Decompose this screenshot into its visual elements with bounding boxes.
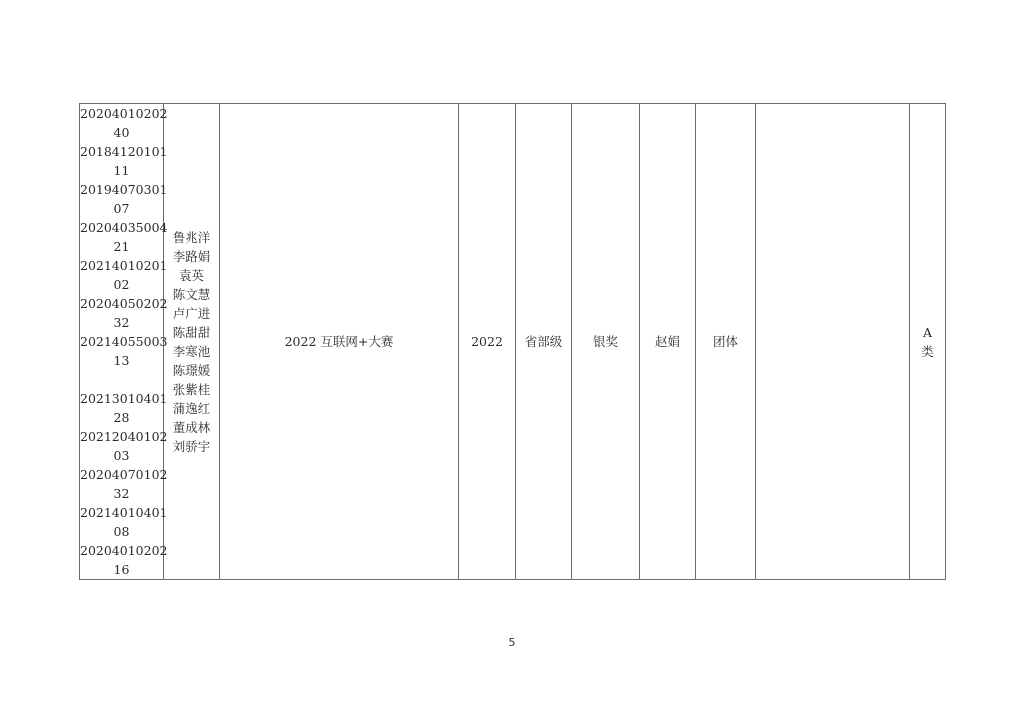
student-id-line: 16 xyxy=(80,560,163,579)
student-id-cell: 20204010202 40 20184120101 11 2019407030… xyxy=(80,104,164,580)
award-table: 20204010202 40 20184120101 11 2019407030… xyxy=(79,103,946,580)
member-name: 董成林 xyxy=(164,418,219,437)
student-id-line: 20204010202 xyxy=(80,104,163,123)
student-id-line: 13 xyxy=(80,351,163,370)
student-id-line: 07 xyxy=(80,199,163,218)
remarks-cell xyxy=(756,104,910,580)
member-name: 陈文慧 xyxy=(164,285,219,304)
member-name: 张紫桂 xyxy=(164,380,219,399)
member-name: 陈璟媛 xyxy=(164,361,219,380)
members-cell: 鲁兆洋 李路娟 袁英 陈文慧 卢广进 陈甜甜 李寒池 陈璟媛 张紫桂 蒲逸红 董… xyxy=(164,104,220,580)
member-name: 刘骄宇 xyxy=(164,437,219,456)
advisor-cell: 赵娟 xyxy=(640,104,696,580)
member-name: 袁英 xyxy=(164,266,219,285)
student-id-line: 20214010201 xyxy=(80,256,163,275)
student-id-line: 20194070301 xyxy=(80,180,163,199)
student-id-line: 20214010401 xyxy=(80,503,163,522)
page-number: 5 xyxy=(0,636,1024,649)
student-id-line: 21 xyxy=(80,237,163,256)
student-id-line: 20184120101 xyxy=(80,142,163,161)
member-name: 李路娟 xyxy=(164,247,219,266)
type-cell: 团体 xyxy=(696,104,756,580)
student-id-line: 20214055003 xyxy=(80,332,163,351)
student-id-line: 20204070102 xyxy=(80,465,163,484)
student-id-line: 20204010202 xyxy=(80,541,163,560)
member-name: 蒲逸红 xyxy=(164,399,219,418)
category-cell: A 类 xyxy=(910,104,946,580)
student-id-line: 11 xyxy=(80,161,163,180)
member-name: 李寒池 xyxy=(164,342,219,361)
award-cell: 银奖 xyxy=(572,104,640,580)
document-page: 20204010202 40 20184120101 11 2019407030… xyxy=(0,0,1024,723)
student-id-line: 20204035004 xyxy=(80,218,163,237)
level-cell: 省部级 xyxy=(516,104,572,580)
student-id-line: 03 xyxy=(80,446,163,465)
student-id-line: 28 xyxy=(80,408,163,427)
table-row: 20204010202 40 20184120101 11 2019407030… xyxy=(80,104,946,580)
student-id-line: 20212040102 xyxy=(80,427,163,446)
student-id-line: 08 xyxy=(80,522,163,541)
year-cell: 2022 xyxy=(459,104,516,580)
project-cell: 2022 互联网+大赛 xyxy=(220,104,459,580)
category-line: 类 xyxy=(910,342,945,361)
student-id-line: 32 xyxy=(80,484,163,503)
member-name: 鲁兆洋 xyxy=(164,228,219,247)
student-id-line: 40 xyxy=(80,123,163,142)
student-id-line: 02 xyxy=(80,275,163,294)
student-id-line: 20213010401 xyxy=(80,389,163,408)
member-name: 陈甜甜 xyxy=(164,323,219,342)
member-name: 卢广进 xyxy=(164,304,219,323)
student-id-line: 32 xyxy=(80,313,163,332)
student-id-line: 20204050202 xyxy=(80,294,163,313)
category-line: A xyxy=(910,323,945,342)
student-id-gap xyxy=(80,370,163,389)
